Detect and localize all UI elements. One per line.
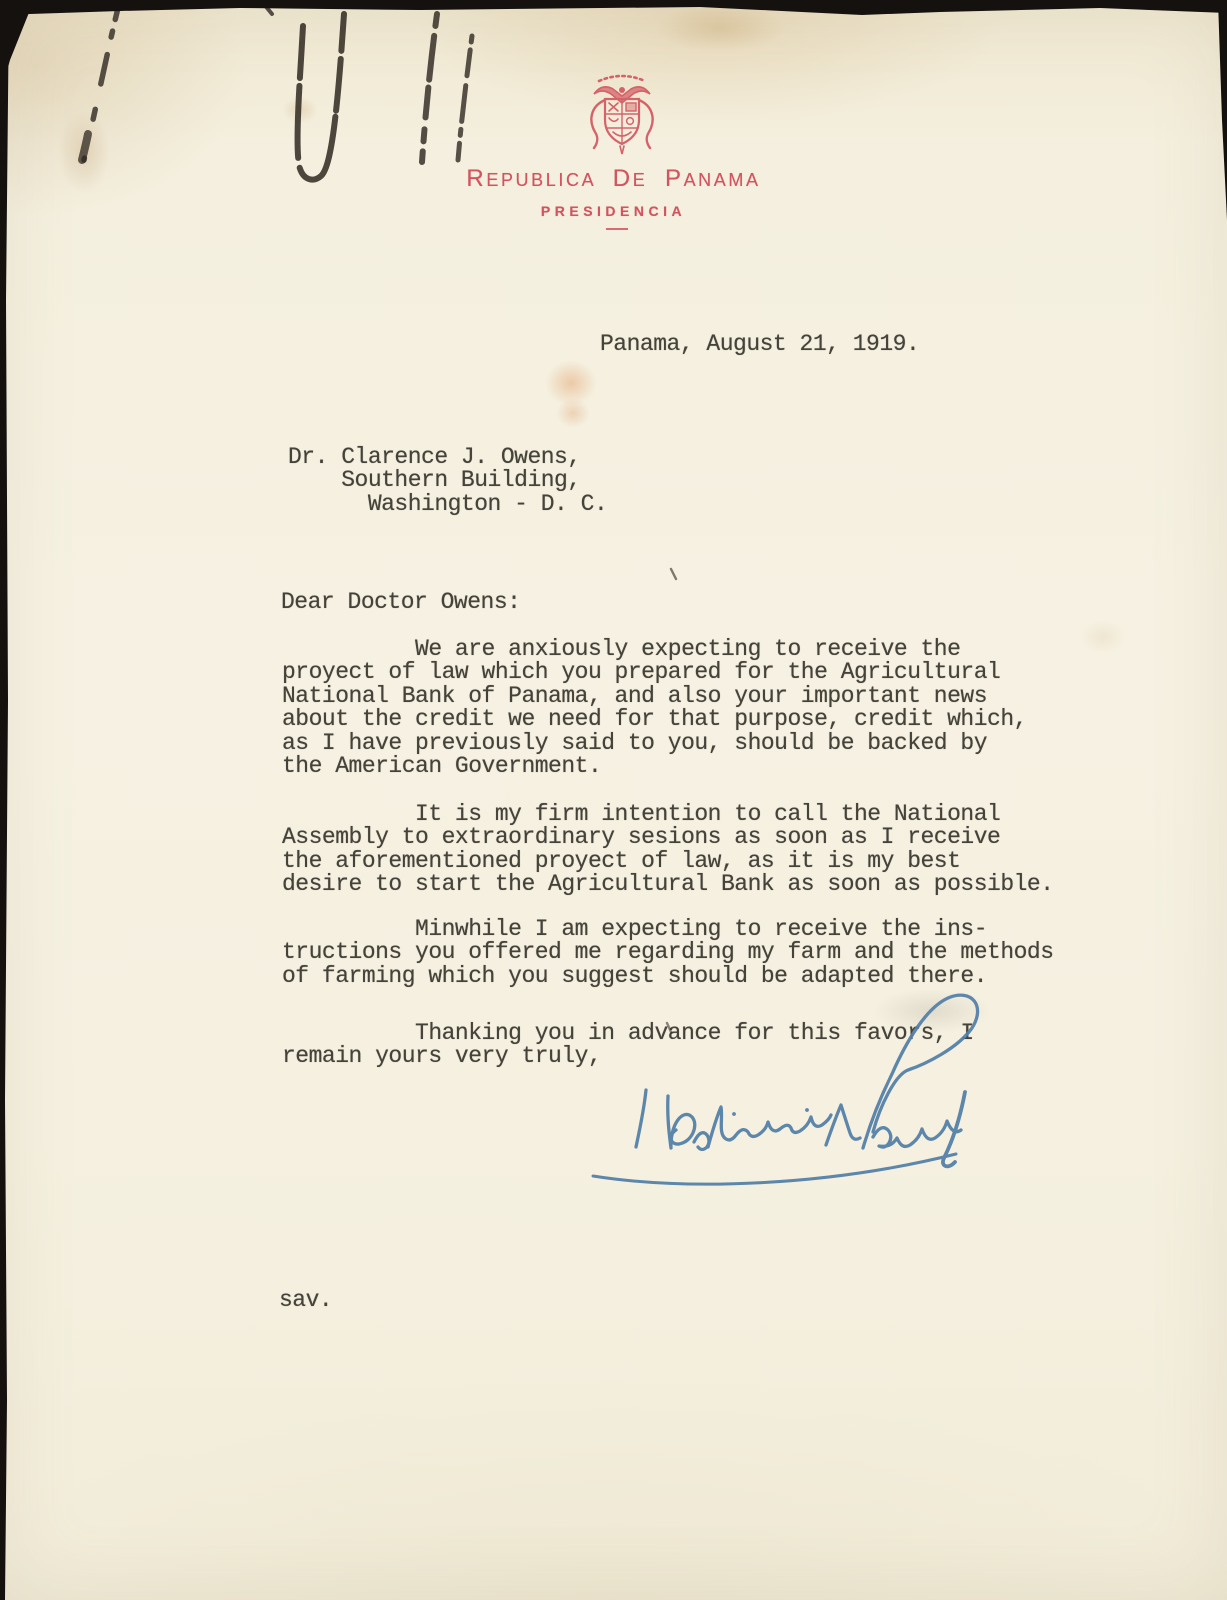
salutation: Dear Doctor Owens: [281,591,520,614]
scan-edge [0,0,1227,1600]
body-paragraph: It is my firm intention to call the Nati… [282,803,1054,897]
letterhead-divider [606,228,628,230]
letterhead-subtitle: PRESIDENCIA [0,203,1227,219]
letterhead-title: REPUBLICA DE PANAMA [0,165,1227,193]
age-stain [282,96,318,124]
recipient-address: Dr. Clarence J. Owens, Southern Building… [288,446,607,516]
age-stain [545,360,597,406]
age-stain [556,398,590,428]
date-line: Panama, August 21, 1919. [600,333,919,356]
panama-coat-of-arms-icon [583,70,661,158]
ink-marks [0,0,1227,1600]
age-stain [1080,620,1126,654]
age-stain [655,4,785,52]
paper-sheet: REPUBLICA DE PANAMA PRESIDENCIA Panama, … [0,0,1227,1600]
signature-belisario-porras [558,958,1028,1198]
typist-initials: sav. [279,1289,332,1312]
body-paragraph: We are anxiously expecting to receive th… [282,638,1027,778]
